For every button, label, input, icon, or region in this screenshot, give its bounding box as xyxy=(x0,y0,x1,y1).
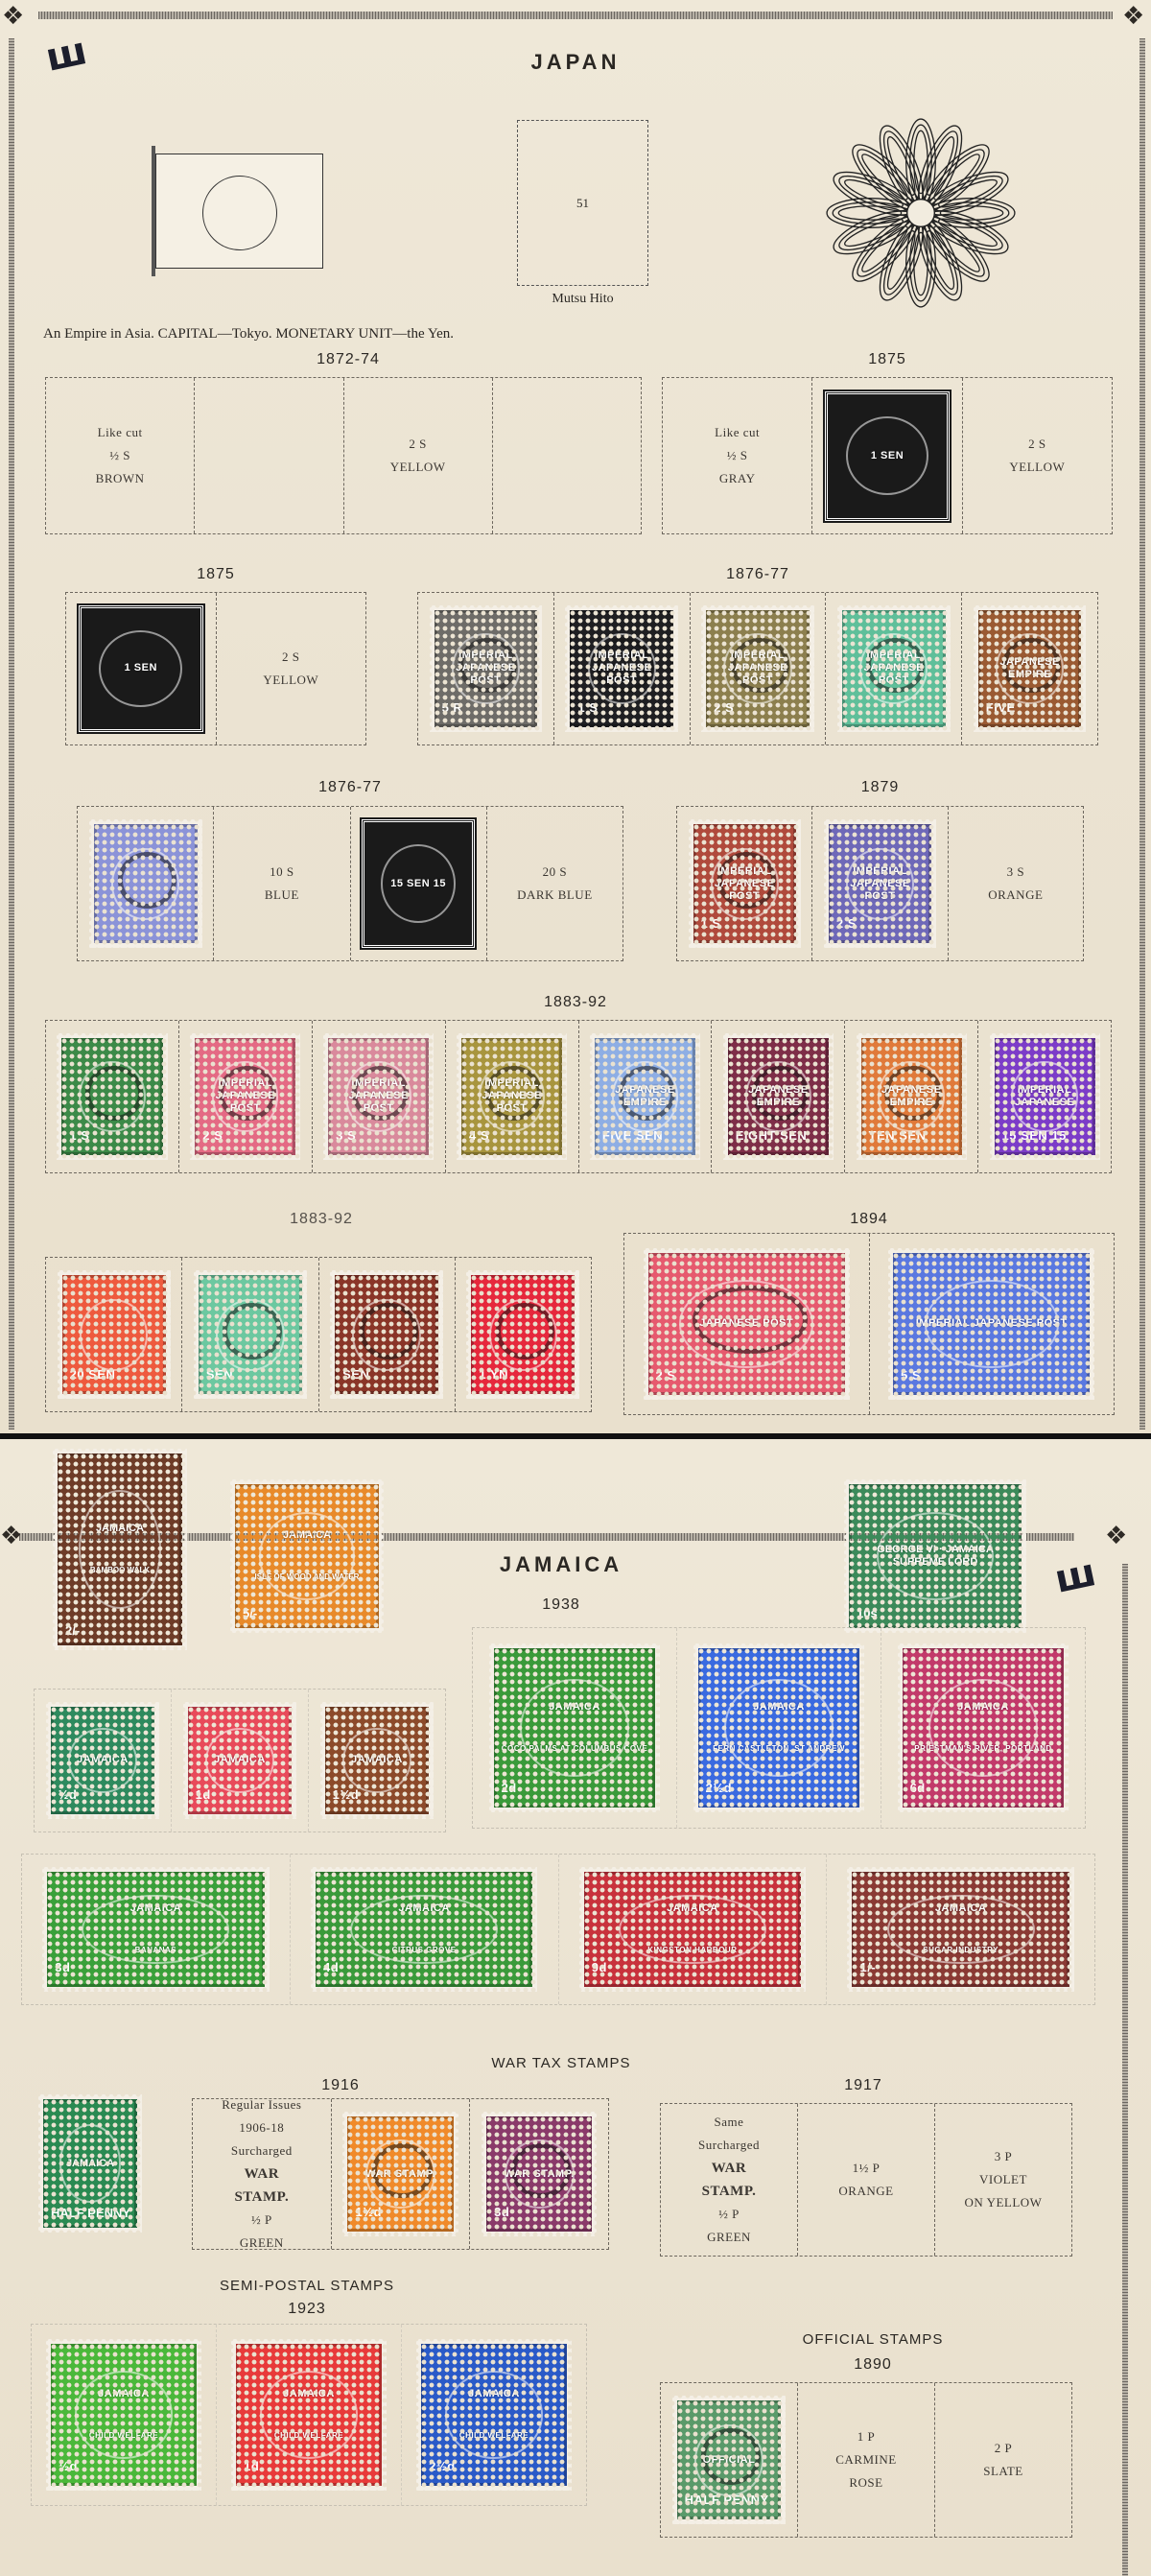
stamp-space-description: 1 PCARMINEROSE xyxy=(798,2383,935,2537)
stamp-label: 1 SEN xyxy=(122,662,160,674)
stamp-slot[interactable]: JAPANESE EMPIREFIVE xyxy=(962,593,1097,744)
stamp[interactable]: JAMAICABAMBOO WALK2/- xyxy=(53,1449,187,1650)
stamp-value: TEN SEN xyxy=(869,1124,927,1147)
stamp-value: 3 S xyxy=(336,1124,356,1147)
stamp-slot[interactable]: JAPANESE EMPIREEIGHT SEN xyxy=(712,1021,845,1172)
stamp-grid: JAMAICA½dJAMAICA1dJAMAICA1½d xyxy=(34,1689,446,1832)
cell-text: ROSE xyxy=(835,2471,896,2494)
portrait-number: 51 xyxy=(576,196,589,211)
corner-ornament-icon: ❖ xyxy=(0,1524,22,1548)
stamp-label: JAMAICA xyxy=(465,2388,523,2400)
portrait-oval-icon xyxy=(260,2371,358,2458)
stamp-value: 5 R xyxy=(442,697,463,720)
portrait-caption: Mutsu Hito xyxy=(499,292,667,307)
stamp-label: JAMAICA xyxy=(664,1902,721,1915)
stamp-value: FIVE xyxy=(986,697,1016,720)
stamp-grid: JAPANESE POST2 SIMPERIAL JAPANESE POST5 … xyxy=(623,1233,1115,1415)
stamp-grid: IMPERIAL JAPANESE POST5 RIMPERIAL JAPANE… xyxy=(417,592,1098,745)
stamp[interactable]: 1 S xyxy=(57,1033,167,1159)
stamp-caption: CITRUS GROVE xyxy=(389,1944,459,1956)
stamp-slot[interactable]: IMPERIAL JAPANESE POST1 S xyxy=(677,807,812,960)
stamp[interactable]: IMPERIAL JAPANESE15 SEN 15 xyxy=(990,1033,1100,1159)
stamp[interactable]: SEN xyxy=(194,1270,307,1398)
cell-text: Same xyxy=(698,2111,760,2134)
stamp[interactable]: JAMAICAFERN CASTLETON, ST ANDREW2½d xyxy=(693,1643,865,1812)
stamp-value: 2 S xyxy=(656,1364,676,1387)
stamp-grid: SameSurchargedWARSTAMP.½ PGREEN1½ PORANG… xyxy=(660,2103,1072,2257)
stamp-caption: CHILD WELFARE xyxy=(86,2429,161,2442)
cell-text: YELLOW xyxy=(263,669,318,692)
stamp-value: EIGHT SEN xyxy=(736,1124,808,1147)
stamp-label: JAMAICA xyxy=(750,1701,808,1713)
cell-text: Surcharged xyxy=(222,2139,301,2162)
stamp-value: SEN xyxy=(206,1363,233,1386)
portrait-oval-icon xyxy=(445,2371,543,2458)
stamp[interactable]: IMPERIAL JAPANESE POST1 S xyxy=(565,605,678,731)
stamp-slot[interactable]: JAMAICACHILD WELFARE1d xyxy=(217,2325,402,2505)
stamp-slot[interactable]: SEN xyxy=(319,1258,456,1411)
cell-text: ORANGE xyxy=(988,884,1043,907)
year-heading: 1923 xyxy=(182,2301,432,2318)
stamp-space-description: Like cut½ SBROWN xyxy=(46,378,195,533)
cell-text: STAMP. xyxy=(698,2180,760,2203)
cell-text: ½ S xyxy=(715,444,760,467)
stamp-slot[interactable]: SEN xyxy=(182,1258,318,1411)
stamp-caption: FERN CASTLETON, ST ANDREW xyxy=(710,1742,848,1755)
stamp-value: 9d xyxy=(592,1956,607,1979)
stamp[interactable]: IMPERIAL JAPANESE POST4 S xyxy=(457,1033,567,1159)
cell-text: Like cut xyxy=(96,421,145,444)
stamp-slot[interactable]: JAMAICASUGAR INDUSTRY1/- xyxy=(827,1855,1094,2004)
stamp[interactable]: IMPERIAL JAPANESE POST5 R xyxy=(430,605,543,731)
cell-text: GREEN xyxy=(698,2226,760,2249)
stamp-caption: KINGSTON HARBOUR xyxy=(645,1944,740,1956)
loose-stamp[interactable]: JAMAICAISLE OF WOOD AND WATER5/- xyxy=(230,1479,384,1633)
cell-text: 1906-18 xyxy=(222,2116,301,2139)
stamp-label: IMPERIAL JAPANESE POST xyxy=(198,1077,293,1115)
stamp-design: IMPERIAL JAPANESE POST4 S xyxy=(461,1038,562,1154)
stamp-slot[interactable]: JAMAICA1d xyxy=(172,1690,309,1832)
stamp-label: IMPERIAL JAPANESE POST xyxy=(437,650,535,687)
stamp[interactable]: 1 SEN xyxy=(79,605,203,731)
stamp-label: JAMAICA xyxy=(95,2388,153,2400)
stamp-slot[interactable]: 1 SEN xyxy=(66,593,217,744)
stamp-design xyxy=(94,824,198,942)
cell-text: ½ P xyxy=(698,2203,760,2226)
right-border xyxy=(1139,38,1145,1430)
stamp-value: 1/- xyxy=(859,1956,876,1979)
cell-text: 1½ P xyxy=(838,2157,893,2180)
stamp-design: IMPERIAL JAPANESE POST1 S xyxy=(693,824,796,942)
stamp-slot[interactable]: JAPANESE POST2 S xyxy=(624,1234,870,1414)
stamp-design: JAMAICACOCO PALMS AT COLUMBUS COVE2d xyxy=(494,1648,656,1808)
stamp-value: 1 S xyxy=(69,1124,89,1147)
stamp[interactable]: JAPANESE EMPIREFIVE SEN xyxy=(590,1033,700,1159)
empty-stamp-space xyxy=(195,378,343,533)
cell-text: 3 P xyxy=(965,2145,1043,2168)
stamp-design: IMPERIAL JAPANESE POST1 S xyxy=(570,610,673,726)
stamp-value: 1 S xyxy=(701,912,721,935)
stamp-design: IMPERIAL JAPANESE POST5 S xyxy=(893,1253,1090,1395)
stamp-slot[interactable] xyxy=(78,807,214,960)
stamp-slot[interactable]: IMPERIAL JAPANESE POST5 R xyxy=(418,593,554,744)
cell-text: GREEN xyxy=(222,2232,301,2255)
stamp-label: IMPERIAL JAPANESE POST xyxy=(573,650,670,687)
stamp-value: ½d xyxy=(59,1784,78,1807)
loose-stamp[interactable]: JAMAICABAMBOO WALK2/- xyxy=(53,1449,187,1650)
stamp-space-description: 10 SBLUE xyxy=(214,807,350,960)
stamp-space-description: 3 SORANGE xyxy=(949,807,1083,960)
stamp[interactable]: IMPERIAL JAPANESE POST1 S xyxy=(689,819,801,947)
stamp-slot[interactable]: IMPERIAL JAPANESE POST xyxy=(826,593,962,744)
stamp-slot[interactable]: IMPERIAL JAPANESE POST3 S xyxy=(313,1021,446,1172)
year-heading: 1916 xyxy=(201,2077,480,2094)
stamp-slot[interactable]: JAMAICABANANAS3d xyxy=(22,1855,291,2004)
stamp-caption: CHILD WELFARE xyxy=(271,2429,346,2442)
stamp-design: JAMAICACHILD WELFARE½d xyxy=(51,2344,197,2486)
stamp-slot[interactable]: JAMAICAKINGSTON HARBOUR9d xyxy=(559,1855,828,2004)
stamp-value: 4d xyxy=(323,1956,339,1979)
stamp-value: 1½d xyxy=(355,2201,382,2224)
stamp-design: JAPANESE EMPIREEIGHT SEN xyxy=(728,1038,829,1154)
stamp-label: IMPERIAL JAPANESE POST xyxy=(464,1077,559,1115)
stamp-grid: OFFICIALHALF PENNY1 PCARMINEROSE2 PSLATE xyxy=(660,2382,1072,2538)
stamp-design: 1 SEN xyxy=(79,605,203,731)
page-title: JAMAICA xyxy=(460,1552,662,1577)
stamp[interactable]: 1 SEN xyxy=(825,391,950,521)
year-heading: 1875 xyxy=(662,351,1113,368)
stamp-grid: Like cut½ SBROWN2 SYELLOW xyxy=(45,377,642,534)
stamp-caption: COCO PALMS AT COLUMBUS COVE xyxy=(499,1742,650,1755)
stamp-caption: CHILD WELFARE xyxy=(457,2429,531,2442)
stamp-label: JAMAICA xyxy=(74,1754,131,1766)
stamp-slot[interactable]: 20 SEN xyxy=(46,1258,182,1411)
postmark-icon xyxy=(496,1303,554,1359)
cell-text: GRAY xyxy=(715,467,760,490)
stamp-design: 1 S xyxy=(61,1038,162,1154)
year-heading: 1883-92 xyxy=(38,994,1113,1011)
stamp[interactable]: JAMAICA1d xyxy=(183,1702,297,1819)
stamp-design: IMPERIAL JAPANESE POST2 S xyxy=(706,610,810,726)
stamp-slot[interactable]: WAR STAMP.3d xyxy=(470,2099,608,2249)
cell-text: 2 S xyxy=(263,646,318,669)
stamp-label: JAMAICA xyxy=(348,1754,406,1766)
cell-text: BLUE xyxy=(265,884,299,907)
album-page-jamaica: ❖ ❖ ш JAMAICA 1938 JAMAICABAMBOO WALK2/-… xyxy=(0,1439,1151,2576)
postmark-icon xyxy=(360,1303,418,1359)
stamp-slot[interactable]: WAR STAMP.1½d xyxy=(332,2099,471,2249)
stamp-grid: JAMAICABANANAS3dJAMAICACITRUS GROVE4dJAM… xyxy=(21,1854,1095,2005)
stamp-design: JAPANESE EMPIREFIVE xyxy=(978,610,1082,726)
stamp-design: JAMAICAFERN CASTLETON, ST ANDREW2½d xyxy=(698,1648,860,1808)
stamp[interactable]: JAPANESE EMPIREEIGHT SEN xyxy=(723,1033,834,1159)
stamp-design: IMPERIAL JAPANESE POST5 R xyxy=(435,610,538,726)
stamp-caption: SUGAR INDUSTRY xyxy=(920,1944,1001,1956)
stamp-design: 15 SEN 15 xyxy=(362,819,475,947)
stamp-grid: JAMAICACOCO PALMS AT COLUMBUS COVE2dJAMA… xyxy=(472,1627,1086,1829)
page-title: JAPAN xyxy=(0,50,1151,75)
stamp-slot[interactable]: JAMAICAFERN CASTLETON, ST ANDREW2½d xyxy=(677,1628,881,1828)
stamp-design: JAMAICA1½d xyxy=(325,1707,430,1814)
stamp-label: 1 SEN xyxy=(868,450,906,462)
stamp-slot[interactable]: JAMAICACOCO PALMS AT COLUMBUS COVE2d xyxy=(473,1628,677,1828)
stamp-design: JAMAICACHILD WELFARE1d xyxy=(236,2344,382,2486)
stamp-slot[interactable]: IMPERIAL JAPANESE POST1 S xyxy=(554,593,691,744)
portrait-oval-icon xyxy=(75,2371,173,2458)
stamp-value: HALF PENNY xyxy=(685,2489,769,2512)
stamp-design: JAMAICACHILD WELFARE2½d xyxy=(421,2344,567,2486)
stamp-design: JAPANESE POST2 S xyxy=(648,1253,845,1395)
stamp-grid: 20 SENSENSEN1 YN xyxy=(45,1257,592,1412)
cell-text: DARK BLUE xyxy=(517,884,593,907)
pencil-mark: ш xyxy=(1051,1550,1100,1602)
stamp-value: 10s xyxy=(857,1606,878,1620)
stamp[interactable]: 15 SEN 15 xyxy=(362,819,475,947)
stamp[interactable]: JAMAICACHILD WELFARE2½d xyxy=(416,2339,572,2491)
stamp-grid: Like cut½ SGRAY1 SEN2 SYELLOW xyxy=(662,377,1113,534)
cell-text: STAMP. xyxy=(222,2186,301,2209)
stamp[interactable]: JAMAICAPRIESTMAN'S RIVER, PORTLAND6d xyxy=(898,1643,1069,1812)
stamp[interactable]: JAMAICAISLE OF WOOD AND WATER5/- xyxy=(230,1479,384,1633)
stamp-value: 5/- xyxy=(243,1606,257,1620)
stamp-label: JAMAICA xyxy=(954,1701,1012,1713)
stamp-design: WAR STAMP.1½d xyxy=(347,2116,453,2232)
stamp[interactable]: JAMAICABANANAS3d xyxy=(42,1867,269,1992)
stamp-slot[interactable]: 1 YN xyxy=(456,1258,591,1411)
stamp-slot[interactable]: IMPERIAL JAPANESE POST5 S xyxy=(870,1234,1115,1414)
stamp-value: HALF PENNY xyxy=(51,2206,130,2220)
stamp-design: 1 SEN xyxy=(825,391,950,521)
chrysanthemum-crest-icon xyxy=(823,115,1019,311)
stamp[interactable] xyxy=(89,819,202,947)
stamp[interactable]: 20 SEN xyxy=(58,1270,171,1398)
stamp[interactable]: JAPANESE EMPIRETEN SEN xyxy=(857,1033,967,1159)
stamp[interactable]: JAMAICACOCO PALMS AT COLUMBUS COVE2d xyxy=(489,1643,661,1812)
top-border xyxy=(38,12,1113,19)
stamp-space-description: 2 SYELLOW xyxy=(963,378,1112,533)
stamp-slot[interactable]: JAMAICA1½d xyxy=(309,1690,445,1832)
stamp-slot[interactable]: IMPERIAL JAPANESE POST4 S xyxy=(446,1021,579,1172)
stamp-space-description: 3 PVIOLETON YELLOW xyxy=(935,2104,1071,2256)
cell-text: Surcharged xyxy=(698,2134,760,2157)
stamp-value: 1 YN xyxy=(479,1363,508,1386)
cell-text: ORANGE xyxy=(838,2180,893,2203)
stamp[interactable]: JAMAICACHILD WELFARE½d xyxy=(46,2339,201,2491)
stamp-caption: BANANAS xyxy=(132,1944,180,1956)
stamp-label: IMPERIAL JAPANESE POST xyxy=(696,865,793,903)
stamp-space-description: 2 SYELLOW xyxy=(217,593,366,744)
cell-text: YELLOW xyxy=(1009,456,1065,479)
stamp-slot[interactable]: JAMAICAPRIESTMAN'S RIVER, PORTLAND6d xyxy=(881,1628,1085,1828)
cell-text: CARMINE xyxy=(835,2448,896,2471)
stamp-space-description: 2 SYELLOW xyxy=(344,378,493,533)
corner-ornament-icon: ❖ xyxy=(1122,4,1144,29)
stamp-label: 15 SEN 15 xyxy=(388,878,449,890)
cell-text: SLATE xyxy=(983,2460,1023,2483)
stamp[interactable]: SEN xyxy=(330,1270,443,1398)
stamp[interactable]: JAPANESE EMPIREFIVE xyxy=(974,605,1087,731)
stamp-slot[interactable]: JAMAICA½d xyxy=(35,1690,172,1832)
stamp[interactable]: JAMAICACITRUS GROVE4d xyxy=(311,1867,537,1992)
portrait-oval-icon xyxy=(724,1679,834,1778)
stamp[interactable]: GEORGE VI · JAMAICA SUPREME LORD10s xyxy=(844,1479,1026,1633)
stamp-design: JAMAICABANANAS3d xyxy=(47,1872,264,1987)
stamp-value: FIVE SEN xyxy=(602,1124,663,1147)
stamp-slot[interactable]: OFFICIALHALF PENNY xyxy=(661,2383,798,2537)
stamp[interactable]: JAMAICAHALF PENNY xyxy=(38,2094,168,2248)
cell-text: 20 S xyxy=(517,861,593,884)
loose-stamp[interactable]: GEORGE VI · JAMAICA SUPREME LORD10s xyxy=(844,1479,1026,1633)
cell-text: 2 P xyxy=(983,2437,1023,2460)
stamp-design: IMPERIAL JAPANESE15 SEN 15 xyxy=(995,1038,1095,1154)
stamp-label: JAPANESE EMPIRE xyxy=(598,1084,693,1109)
stamp-label: JAMAICA xyxy=(546,1701,603,1713)
stamp[interactable]: JAMAICA1½d xyxy=(320,1702,435,1819)
stamp[interactable]: IMPERIAL JAPANESE POST2 S xyxy=(190,1033,300,1159)
stamp-grid: 1 SIMPERIAL JAPANESE POST2 SIMPERIAL JAP… xyxy=(45,1020,1112,1173)
stamp[interactable]: JAMAICAKINGSTON HARBOUR9d xyxy=(579,1867,806,1992)
stamp-value: 1d xyxy=(196,1784,211,1807)
stamp[interactable]: IMPERIAL JAPANESE POST2 S xyxy=(701,605,814,731)
year-heading: 1876-77 xyxy=(77,779,623,796)
stamp-design: JAMAICASUGAR INDUSTRY1/- xyxy=(852,1872,1069,1987)
stamp-design: JAMAICAPRIESTMAN'S RIVER, PORTLAND6d xyxy=(903,1648,1065,1808)
stamp-label: IMPERIAL JAPANESE POST xyxy=(331,1077,426,1115)
stamp-label: IMPERIAL JAPANESE xyxy=(998,1084,1092,1109)
section-heading: SEMI-POSTAL STAMPS xyxy=(182,2278,432,2294)
year-heading: 1876-77 xyxy=(417,566,1098,583)
year-heading: 1883-92 xyxy=(48,1211,595,1228)
stamp-slot[interactable]: JAMAICACHILD WELFARE2½d xyxy=(402,2325,586,2505)
portrait-frame: 51 xyxy=(517,120,648,286)
stamp[interactable]: 1 YN xyxy=(466,1270,579,1398)
stamp-design: JAPANESE EMPIREFIVE SEN xyxy=(595,1038,695,1154)
corner-ornament-icon: ❖ xyxy=(2,4,24,29)
stamp[interactable]: WAR STAMP.3d xyxy=(482,2112,597,2236)
portrait-oval-icon xyxy=(79,1490,162,1609)
stamp[interactable]: OFFICIALHALF PENNY xyxy=(672,2396,787,2523)
stamp-space-description: Regular Issues1906-18SurchargedWARSTAMP.… xyxy=(193,2099,332,2249)
stamp-label: IMPERIAL JAPANESE POST xyxy=(845,650,943,687)
stamp-slot[interactable]: IMPERIAL JAPANESE POST2 S xyxy=(691,593,827,744)
postmark-icon xyxy=(85,1066,142,1122)
portrait-oval-icon xyxy=(80,1299,148,1371)
stamp[interactable]: JAMAICA½d xyxy=(46,1702,160,1819)
cell-text: 2 S xyxy=(1009,433,1065,456)
stamp-design: IMPERIAL JAPANESE POST2 S xyxy=(195,1038,295,1154)
stamp-value: 3d xyxy=(55,1956,70,1979)
cell-text: 3 S xyxy=(988,861,1043,884)
stamp[interactable]: IMPERIAL JAPANESE POST3 S xyxy=(323,1033,434,1159)
year-heading: 1890 xyxy=(758,2356,988,2374)
stamp-slot[interactable]: IMPERIAL JAPANESE15 SEN 15 xyxy=(978,1021,1111,1172)
stamp-slot[interactable]: JAMAICACITRUS GROVE4d xyxy=(291,1855,559,2004)
stamp-label: JAPANESE EMPIRE xyxy=(864,1084,959,1109)
cell-text: 2 S xyxy=(390,433,446,456)
stamp-label: JAMAICA xyxy=(280,2388,338,2400)
stamp[interactable]: WAR STAMP.1½d xyxy=(342,2112,458,2236)
stamp[interactable]: IMPERIAL JAPANESE POST2 S xyxy=(824,819,936,947)
stamp-value: 1d xyxy=(244,2455,259,2478)
stamp-slot[interactable]: IMPERIAL JAPANESE POST2 S xyxy=(179,1021,313,1172)
cell-text: VIOLET xyxy=(965,2168,1043,2191)
stamp-space-description: 20 SDARK BLUE xyxy=(487,807,622,960)
cell-text: YELLOW xyxy=(390,456,446,479)
stamp-label: JAPANESE POST xyxy=(696,1317,796,1330)
cell-text: ON YELLOW xyxy=(965,2191,1043,2214)
empty-stamp-space xyxy=(493,378,641,533)
stamp-value: 1 S xyxy=(577,697,598,720)
stamp-label: JAPANESE EMPIRE xyxy=(981,656,1079,681)
stamp-slot[interactable]: 1 S xyxy=(46,1021,179,1172)
portrait-oval-icon xyxy=(520,1679,629,1778)
stamp-value: 2 S xyxy=(836,912,857,935)
section-heading: WAR TAX STAMPS xyxy=(0,2055,1122,2071)
section-heading: OFFICIAL STAMPS xyxy=(758,2331,988,2348)
stamp-slot[interactable]: JAPANESE EMPIRETEN SEN xyxy=(845,1021,978,1172)
cell-text: 1 P xyxy=(835,2425,896,2448)
stamp-slot[interactable]: IMPERIAL JAPANESE POST2 S xyxy=(812,807,948,960)
stamp-grid: 1 SEN2 SYELLOW xyxy=(65,592,366,745)
stamp[interactable]: JAMAICAHALF PENNY xyxy=(38,2094,142,2233)
stamp-value: 6d xyxy=(910,1777,926,1800)
stamp[interactable]: IMPERIAL JAPANESE POST5 S xyxy=(888,1248,1094,1400)
stamp-value: 2½d xyxy=(429,2455,456,2478)
stamp-value: 2 S xyxy=(202,1124,223,1147)
stamp-value: 3d xyxy=(494,2201,509,2224)
stamp-label: JAMAICA xyxy=(128,1902,185,1915)
portrait-oval-icon xyxy=(928,1679,1038,1778)
stamp-label: JAMAICA xyxy=(932,1902,990,1915)
stamp-label: JAPANESE EMPIRE xyxy=(731,1084,826,1109)
stamp-slot[interactable]: 15 SEN 15 xyxy=(351,807,487,960)
year-heading: 1872-74 xyxy=(46,351,650,368)
stamp-grid: JAMAICACHILD WELFARE½dJAMAICACHILD WELFA… xyxy=(31,2324,587,2506)
stamp-slot[interactable]: 1 SEN xyxy=(812,378,962,533)
stamp-grid: 10 SBLUE15 SEN 1520 SDARK BLUE xyxy=(77,806,623,961)
stamp[interactable]: IMPERIAL JAPANESE POST xyxy=(837,605,951,731)
stamp-value: 2 S xyxy=(714,697,734,720)
stamp-label: JAMAICA xyxy=(63,2158,117,2170)
postmark-icon xyxy=(223,1303,281,1359)
stamp-design: JAMAICABAMBOO WALK2/- xyxy=(58,1453,182,1645)
year-heading: 1879 xyxy=(676,779,1084,796)
stamp-design: SEN xyxy=(335,1275,438,1393)
stamp-value: 15 SEN 15 xyxy=(1002,1124,1067,1147)
stamp-caption: PRIESTMAN'S RIVER, PORTLAND xyxy=(911,1742,1054,1755)
stamp-design: IMPERIAL JAPANESE POST xyxy=(842,610,946,726)
album-page-japan: ❖ ❖ ш JAPAN 51 Mutsu Hito An Empire in A… xyxy=(0,0,1151,1435)
stamp-space-description: 1½ PORANGE xyxy=(798,2104,935,2256)
stamp[interactable]: JAMAICASUGAR INDUSTRY1/- xyxy=(847,1867,1073,1992)
stamp-design: SEN xyxy=(199,1275,302,1393)
stamp-design: IMPERIAL JAPANESE POST3 S xyxy=(328,1038,429,1154)
stamp[interactable]: JAPANESE POST2 S xyxy=(644,1248,850,1400)
stamp-space-description: 2 PSLATE xyxy=(935,2383,1071,2537)
stamp-design: 1 YN xyxy=(471,1275,575,1393)
stamp-value: 1½d xyxy=(333,1784,360,1807)
stamp-slot[interactable]: JAMAICACHILD WELFARE½d xyxy=(32,2325,217,2505)
stamp-slot[interactable]: JAPANESE EMPIREFIVE SEN xyxy=(579,1021,713,1172)
stamp-label: JAMAICA xyxy=(211,1754,269,1766)
stamp-caption: BAMBOO WALK xyxy=(87,1564,153,1576)
cell-text: 10 S xyxy=(265,861,299,884)
stamp[interactable]: JAMAICACHILD WELFARE1d xyxy=(231,2339,387,2491)
stamp-label: WAR STAMP. xyxy=(363,2168,438,2181)
stamp-design: JAMAICAISLE OF WOOD AND WATER5/- xyxy=(235,1484,379,1628)
stamp-design: JAMAICA1d xyxy=(188,1707,293,1814)
corner-ornament-icon: ❖ xyxy=(1105,1524,1127,1548)
